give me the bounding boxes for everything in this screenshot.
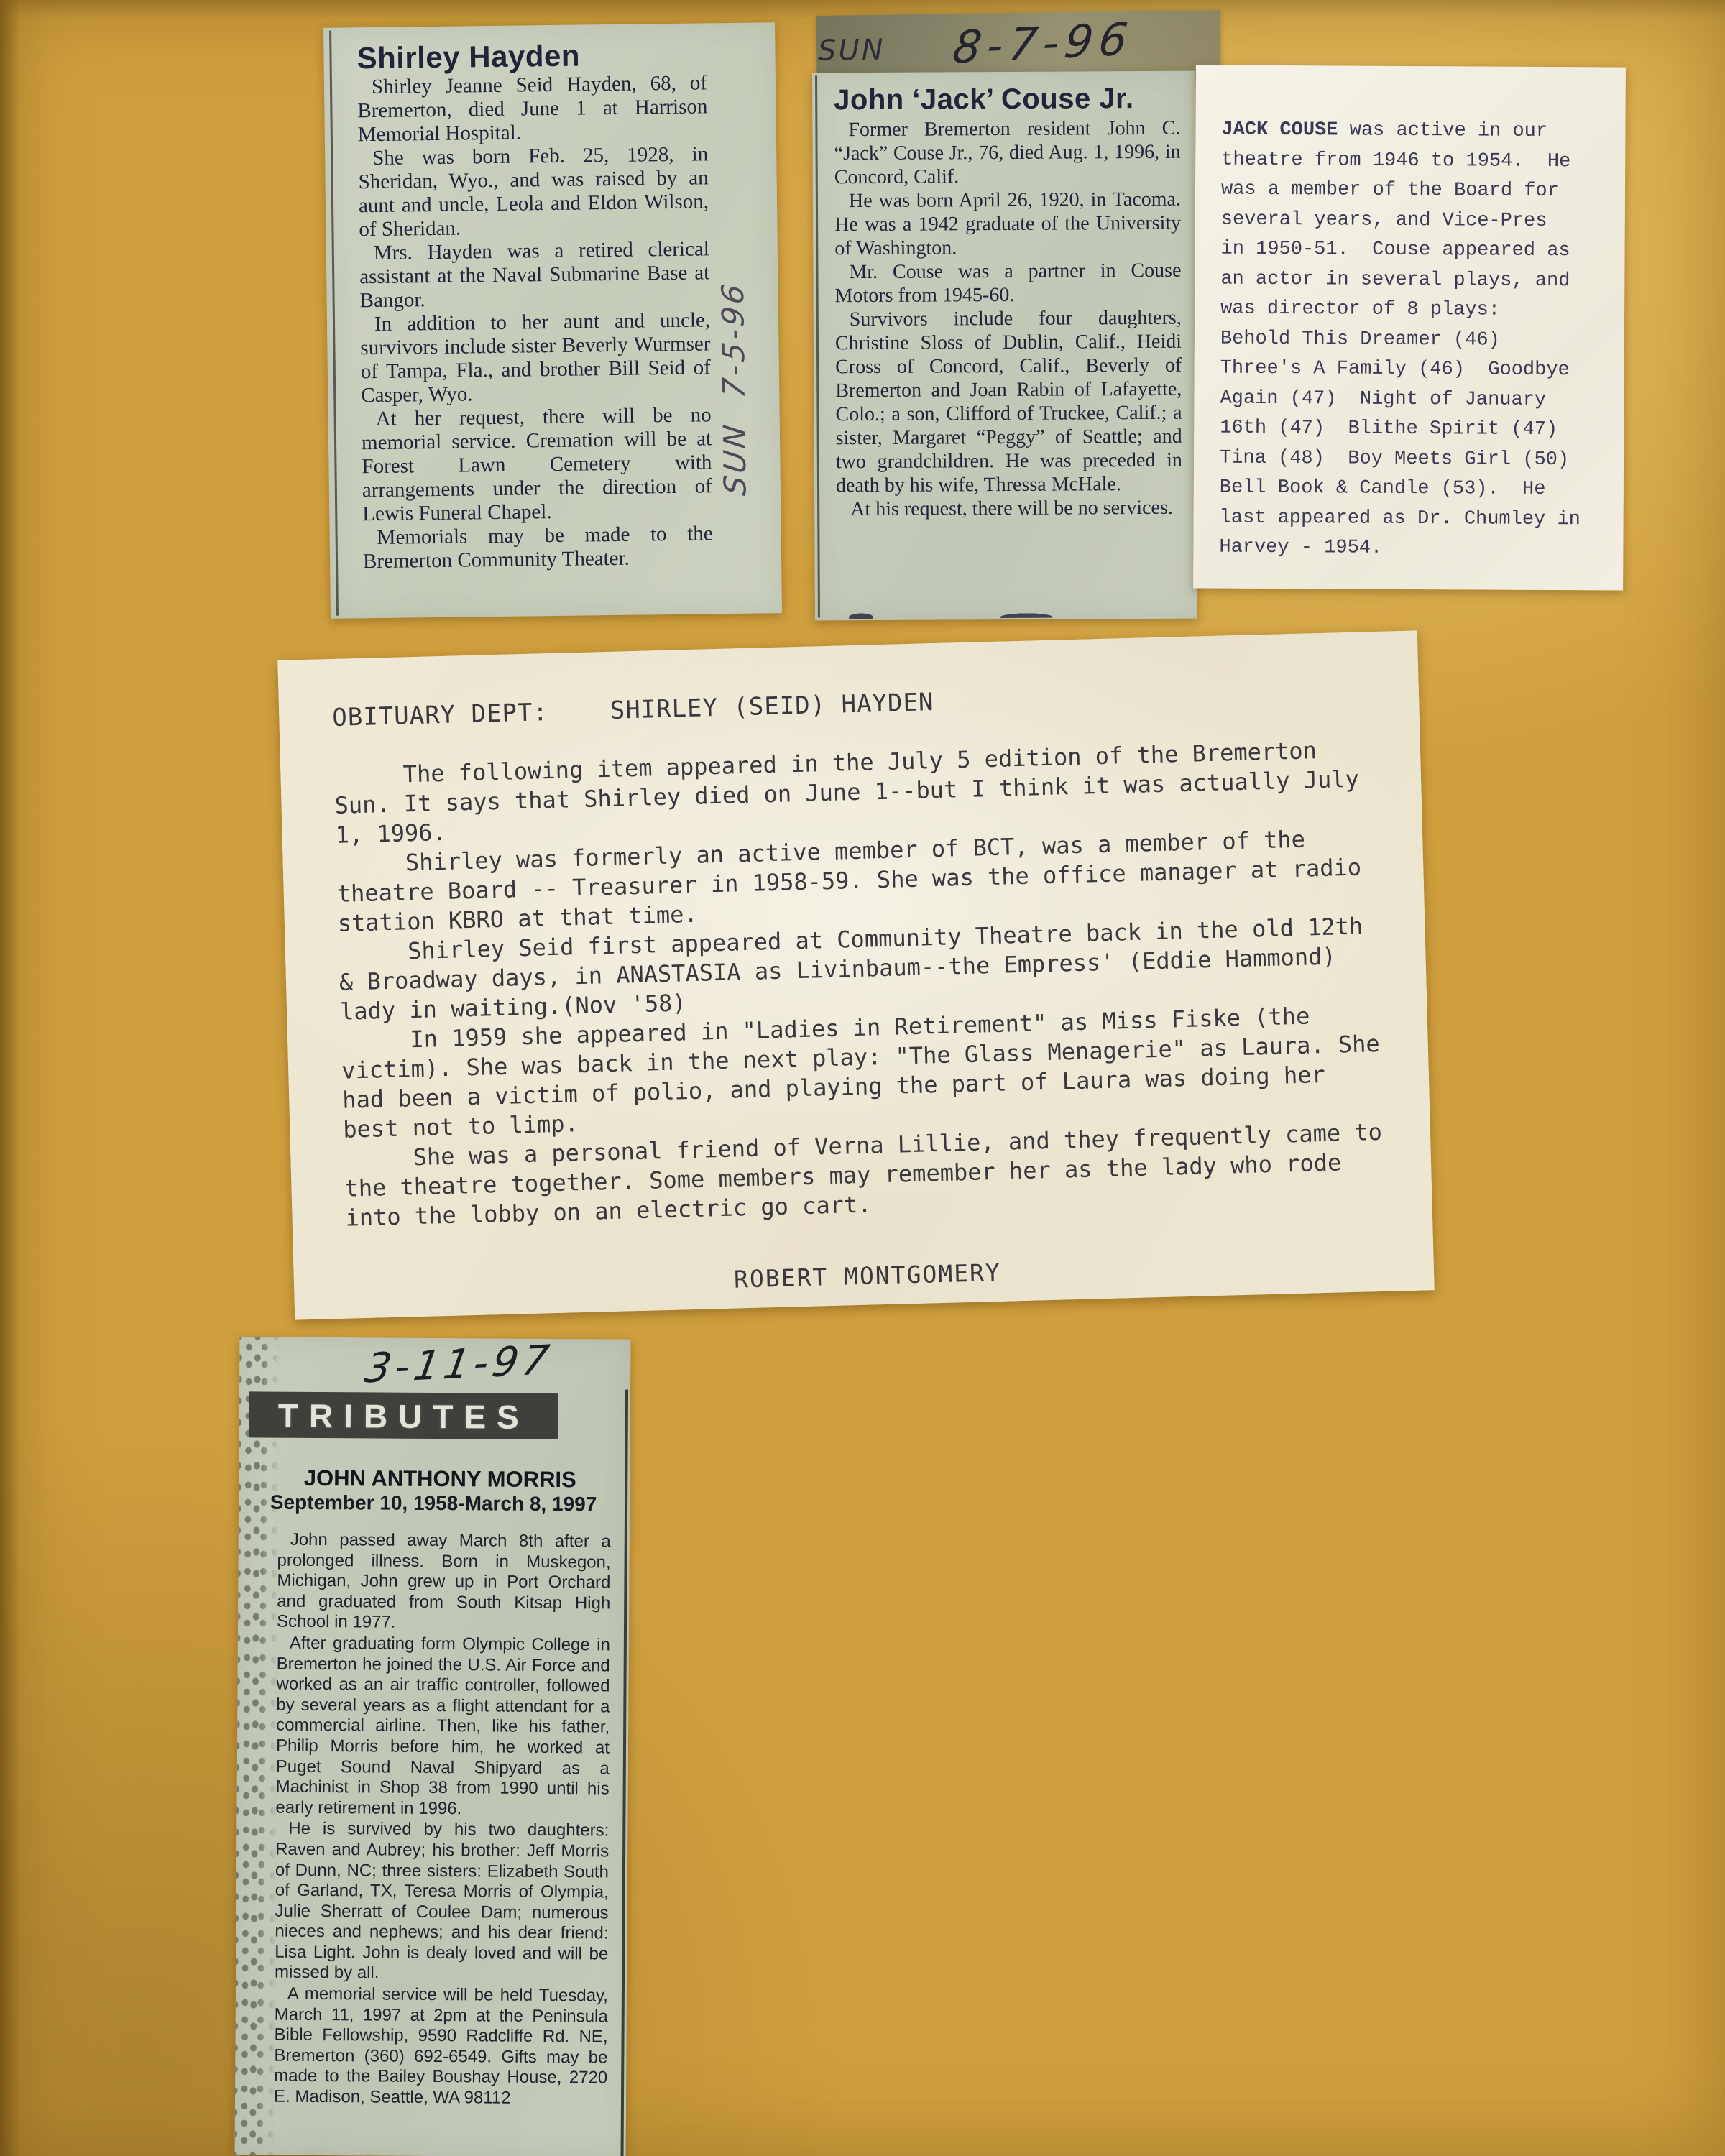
morris-paragraph: He is survived by his two daughters: Rav… [275,1819,609,1986]
cut-off-headline-fragment [839,606,1141,619]
note-line: Behold This Dreamer (46) [1220,324,1603,356]
note-line: Again (47) Night of January [1220,384,1602,415]
hayden-paragraph: She was born Feb. 25, 1928, in Sheridan,… [358,142,709,241]
note-line: 16th (47) Blithe Spirit (47) [1220,414,1602,446]
handwritten-date: 8-7-96 [949,12,1136,74]
couse-headline: John ‘Jack’ Couse Jr. [834,87,1180,113]
column-rule [329,31,339,616]
couse-paragraph: At his request, there will be no service… [836,496,1182,522]
letter-signature: ROBERT MONTGOMERY [347,1248,1389,1304]
tributes-section-banner: TRIBUTES [249,1391,558,1439]
morris-paragraph: A memorial service will be held Tuesday,… [274,1984,608,2109]
morris-name: JOHN ANTHONY MORRIS [275,1465,605,1493]
note-line: Three's A Family (46) Goodbye [1220,354,1603,386]
obituary-dept-letter: OBITUARY DEPT: SHIRLEY (SEID) HAYDEN The… [277,630,1434,1319]
note-line: several years, and Vice-Pres [1221,205,1604,236]
couse-obituary-clipping: John ‘Jack’ Couse Jr. Former Bremerton r… [812,71,1197,621]
hayden-paragraph: Shirley Jeanne Seid Hayden, 68, of Breme… [357,71,708,147]
note-line: last appeared as Dr. Chumley in [1220,503,1602,535]
hayden-paragraph: At her request, there will be no memoria… [361,403,712,526]
morris-paragraph: After graduating form Olympic College in… [275,1634,610,1820]
note-line: was a member of the Board for [1221,175,1604,207]
couse-paragraph: Survivors include four daughters, Christ… [835,306,1182,498]
couse-paragraph: Former Bremerton resident John C. “Jack”… [834,116,1181,190]
note-lead: JACK COUSE [1221,119,1338,142]
halftone-edge-pattern [235,1337,280,2155]
couse-paragraph: He was born April 26, 1920, in Tacoma. H… [834,188,1182,261]
note-line: Tina (48) Boy Meets Girl (50) [1220,443,1602,475]
morris-body: John passed away March 8th after a prolo… [274,1530,611,2110]
note-line: Harvey - 1954. [1219,533,1601,565]
scrapbook-page: Shirley Hayden Shirley Jeanne Seid Hayde… [0,0,1725,2156]
hayden-paragraph: Mrs. Hayden was a retired clerical assis… [359,237,710,313]
hayden-paragraph: Memorials may be made to the Bremerton C… [362,522,713,573]
morris-tribute-clipping: 3-11-97 TRIBUTES JOHN ANTHONY MORRIS Sep… [235,1337,631,2156]
couse-paragraph: Mr. Couse was a partner in Couse Motors … [834,259,1181,308]
couse-typed-note: JACK COUSE was active in our theatre fro… [1193,65,1626,590]
note-line: theatre from 1946 to 1954. He [1221,145,1604,177]
column-rule [815,75,820,617]
note-line: an actor in several plays, and [1220,264,1603,296]
letter-title: OBITUARY DEPT: SHIRLEY (SEID) HAYDEN [332,676,1374,733]
morris-paragraph: John passed away March 8th after a prolo… [277,1530,611,1635]
note-line: Bell Book & Candle (53). He [1220,474,1602,505]
hayden-paragraph: In addition to her aunt and uncle, survi… [360,308,712,407]
column-rule [621,1390,629,2156]
handwritten-source: SUN [818,34,885,68]
note-line: was director of 8 plays: [1220,295,1603,326]
handwritten-date: 3-11-97 [362,1337,556,1393]
note-line: was active in our [1338,119,1547,142]
morris-life-dates: September 10, 1958-March 8, 1997 [250,1491,617,1516]
handwritten-source-date: SUN 7-5-96 [720,218,748,558]
hayden-obituary-clipping: Shirley Hayden Shirley Jeanne Seid Hayde… [323,22,782,619]
note-line: in 1950-51. Couse appeared as [1220,235,1603,267]
hayden-headline: Shirley Hayden [356,42,707,70]
